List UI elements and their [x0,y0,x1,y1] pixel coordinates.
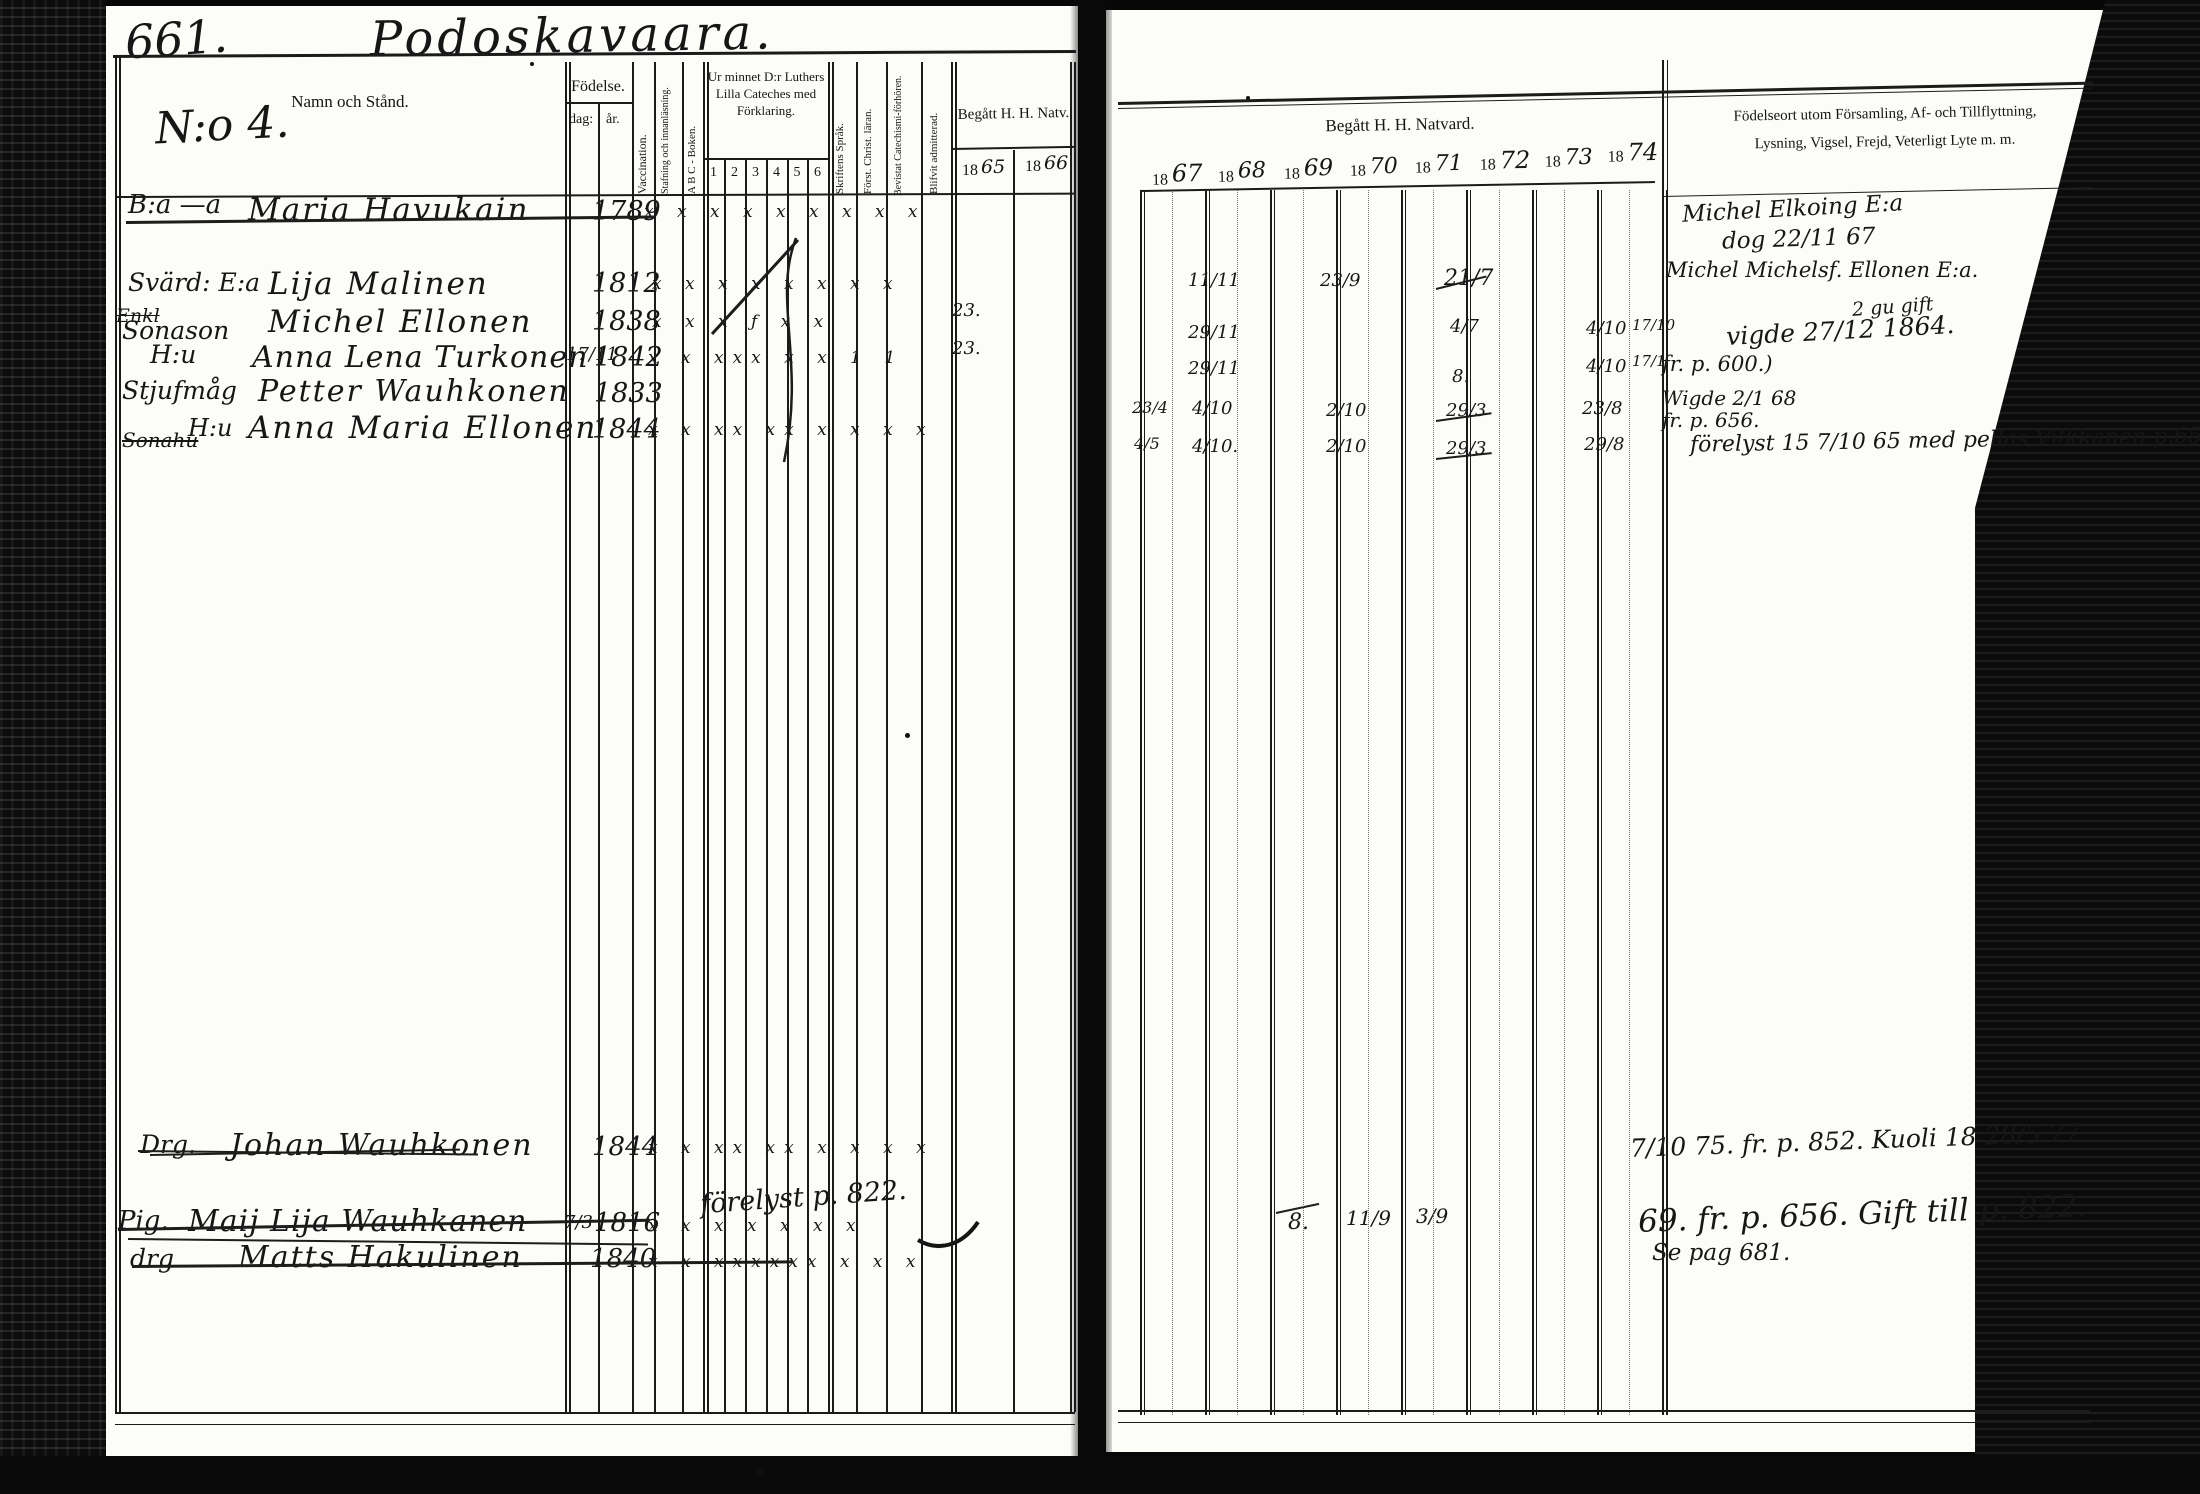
row-name: Petter Wauhkonen [258,374,570,409]
communion-mark: 4/5 [1134,434,1160,453]
row-prefix: Pig. [118,1206,169,1236]
rule-line [832,62,834,1412]
rule-line [565,102,632,104]
year-1869-written: 69 [1304,155,1334,181]
margin-note: Se pag 681. [1652,1240,1790,1266]
rule-line [1368,190,1369,1415]
scan-left-edge [0,0,106,1494]
row-name: Lija Malinen [268,266,489,302]
communion-mark: 29/11 [1188,358,1240,379]
right-page [1106,10,2106,1452]
rule-line [1601,190,1602,1415]
row-birth-year: 1833 [594,378,663,409]
rule-line [1536,190,1537,1415]
rule-line [1470,190,1471,1415]
row-marks: x x x x x x x x [652,274,902,294]
column-header-abc: A B C - Boken. [686,64,698,194]
village-title: Podoskavaara. [370,4,775,67]
column-header-communion-left: Begått H. H. Natv. [951,105,1076,124]
margin-note: dog 22/11 67 [1722,223,1876,254]
rule-line [1405,190,1406,1415]
rule-line [1172,190,1173,1415]
row-name: Anna Lena Turkonen [252,340,588,375]
rule-line [745,160,747,1412]
rule-line [1205,190,1207,1415]
row-prefix: B:a —a [128,190,221,220]
scan-speck [756,1468,764,1475]
rule-line [1597,190,1599,1415]
rule-line [1209,190,1210,1415]
row-name: Matts Hakulinen [238,1240,523,1275]
column-header-blifvit: Blifvit admitterad. [928,64,940,194]
column-header-stafning: Stafning och innanläsning. [660,64,671,194]
rule-line [1013,150,1015,1412]
rule-line [1074,62,1076,1412]
rule-line [1340,190,1341,1415]
communion-mark: 2/10 [1326,436,1366,457]
row-marks: x x x ƒ x x [652,312,832,332]
communion-mark: 4/10 [1586,318,1626,339]
year-1865-printed: 18 [962,162,978,180]
row-name: Michel Ellonen [268,304,533,340]
rule-line [921,62,923,1412]
rule-line [1629,190,1630,1415]
scan-speck [905,733,910,738]
rule-line [1662,190,1664,1415]
column-header-birth: Födelse. [560,78,636,96]
rule-line [1274,190,1275,1415]
row-prefix-struck: Sonahu [122,428,198,452]
rule-line [787,160,789,1412]
margin-note: Wigde 2/1 68 [1662,386,1796,410]
rule-line [1303,190,1304,1415]
rule-line [724,160,726,1412]
column-header-birth-year: år. [606,112,620,128]
rule-line [1270,190,1272,1415]
rule-line [766,160,768,1412]
communion-mark: 4/7 [1450,316,1479,337]
rule-line [951,62,953,1412]
year-1874-written: 74 [1627,138,1658,166]
row-marks: x x xxx x x 1 1 [648,348,904,368]
year-1873-printed: 18 [1545,153,1561,171]
rule-line [1140,190,1142,1415]
year-1866-printed: 18 [1025,158,1041,176]
communion-mark: 17/10 [1632,316,1675,334]
book-gutter [1070,0,1112,1494]
rule-line [1144,190,1145,1415]
year-1868-written: 68 [1238,158,1266,183]
column-header-vaccination: Vaccination. [635,64,650,194]
margin-note: fr. p. 656. [1662,408,1760,432]
rule-line [119,57,121,1412]
row-marks: x x xx xx x x x x [648,420,935,440]
column-header-forst-christ: Först. Christ. läran. [862,64,874,194]
rule-line [828,62,830,1412]
year-1872-printed: 18 [1480,156,1496,174]
rule-line [654,62,656,1412]
row-prefix: H:u [150,340,196,369]
rule-line [1070,62,1072,1412]
rule-line [856,62,858,1412]
year-1870-written: 70 [1370,154,1398,179]
table-bottom-rule [1118,1410,2090,1412]
row-marks: x x xx xx x x x x [648,1138,935,1158]
rule-line [1237,190,1238,1415]
rule-line [707,62,709,1412]
grade-5: 5 [787,165,807,181]
row-prefix: Stjufmåg [122,376,237,405]
rule-line [632,62,634,1412]
row-name: Maria Havukain [248,192,529,228]
year-1867-written: 67 [1172,159,1203,187]
year-1866-written: 66 [1044,152,1068,174]
rule-line [115,1424,1075,1425]
row-birth-year: 1840 [590,1244,656,1274]
rule-line [1564,190,1565,1415]
rule-line [955,62,957,1412]
row-name: Anna Maria Ellonen [248,410,597,446]
rule-line [682,62,684,1412]
rule-line [565,62,567,1412]
household-number: N:o 4. [154,97,291,155]
year-1872-written: 72 [1500,146,1531,174]
rule-line [1401,190,1403,1415]
rule-line [115,57,117,1412]
communion-mark: 4/10 [1192,398,1232,419]
year-1868-printed: 18 [1218,169,1234,187]
scan-speck [530,62,534,66]
rule-line [1466,190,1468,1415]
year-1873-written: 73 [1565,145,1593,170]
communion-mark: 29/11 [1188,322,1240,343]
communion-mark: 4/10. [1192,436,1238,457]
table-bottom-rule [115,1412,1075,1414]
margin-note: Michel Michelsf. Ellonen E:a. [1666,258,1978,282]
rule-line [703,158,828,160]
row-birth-year: 1812 [592,268,661,299]
scan-bottom-edge [0,1456,2200,1494]
column-header-birth-day: dag: [569,112,593,128]
row-prefix: drg [130,1244,174,1273]
year-1874-printed: 18 [1608,148,1624,166]
grade-3: 3 [745,165,766,181]
column-header-bevistat: Bevistat Catechismi-förhören. [893,64,904,196]
row-birth-year: 1838 [592,306,661,337]
communion-mark: 23/4 [1132,398,1168,417]
year-1867-printed: 18 [1152,172,1168,190]
year-1870-printed: 18 [1350,162,1366,180]
margin-note: fr. p. 600.) [1662,352,1773,376]
year-1871-printed: 18 [1415,159,1431,177]
communion-mark: 4/10 [1586,356,1626,377]
communion-mark: 8. [1288,1210,1309,1235]
rule-line [1662,60,1664,190]
grade-2: 2 [724,165,745,181]
row-prefix: H:u [188,414,232,442]
year-1871-written: 71 [1435,151,1463,176]
communion-mark: 17/1 [1632,352,1666,370]
column-header-skriftens: Skriftens Språk. [834,64,846,194]
communion-mark: 11/11 [1188,270,1240,291]
rule-line [1667,60,1668,1415]
grade-4: 4 [766,165,787,181]
year-1865-written: 65 [981,156,1005,178]
communion-mark: 29/8 [1584,434,1624,455]
column-header-catechesis: Ur minnet D:r Luthers Lilla Cateches med… [705,68,827,119]
scanned-parish-register: 661. Podoskavaara. Namn och Stånd. N:o 4… [0,0,2200,1494]
rule-line [1433,190,1434,1415]
row-marks: x x x x x x x x x [644,202,927,222]
row-prefix: Svärd: E:a [128,268,260,297]
grade-6: 6 [807,165,828,181]
rule-line [1499,190,1500,1415]
rule-line [886,62,888,1412]
rule-line [703,62,705,1412]
page-number: 661. [123,8,229,69]
rule-line [598,104,600,1412]
communion-mark: 23/8 [1582,398,1622,419]
communion-mark: 2/10 [1326,400,1366,421]
rule-line [569,62,571,1412]
rule-line [1532,190,1534,1415]
rule-line [1336,190,1338,1415]
rule-line [807,160,809,1412]
year-1869-printed: 18 [1284,165,1300,183]
row-name: Johan Wauhkonen [230,1128,534,1163]
rule-line [1118,1422,2090,1423]
